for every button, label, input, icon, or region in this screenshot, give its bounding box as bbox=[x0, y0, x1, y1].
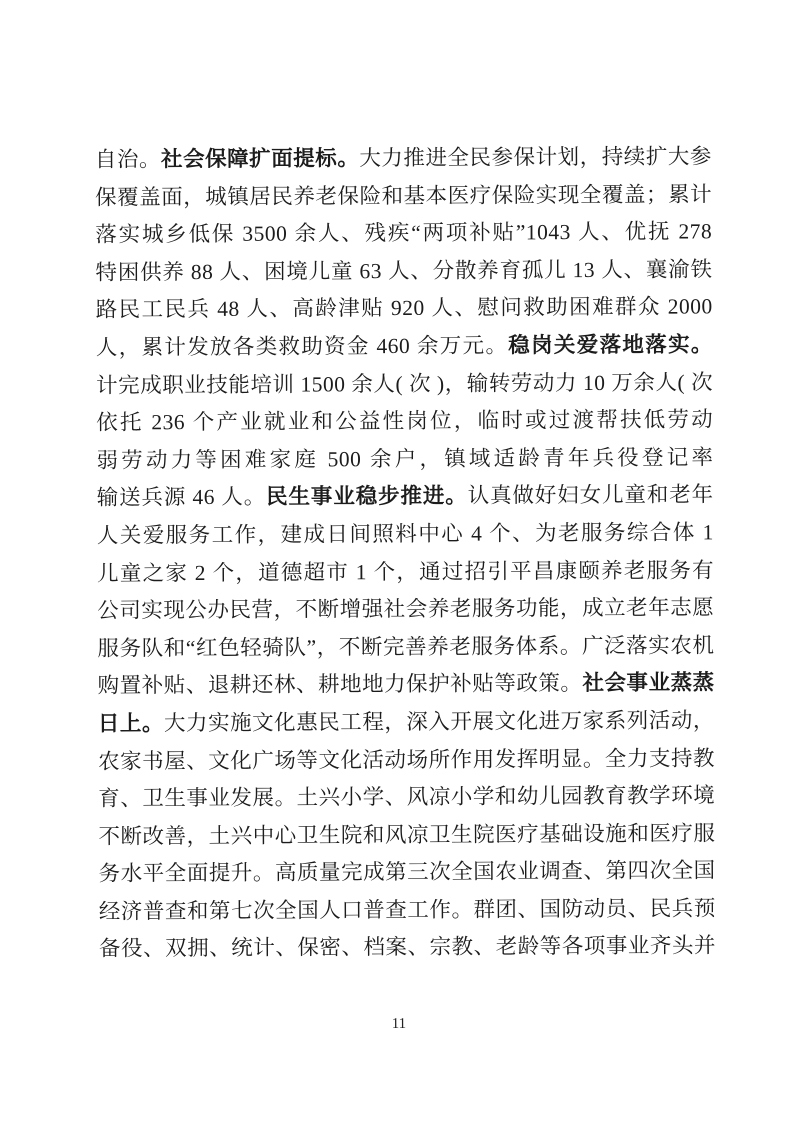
text-line: 务水平全面提升。高质量完成第三次全国农业调查、第四次全国 bbox=[99, 853, 716, 894]
text-line: 不断改善，土兴中心卫生院和风凉卫生院医疗基础设施和医疗服 bbox=[98, 815, 715, 856]
text-run: 人关爱服务工作，建成日间照料中心 4 个、为老服务综合体 1 个， bbox=[97, 520, 714, 555]
text-line: 自治。社会保障扩面提标。大力推进全民参保计划，持续扩大参 bbox=[95, 138, 712, 179]
text-line: 输送兵源 46 人。民生事业稳步推进。认真做好妇女儿童和老年 bbox=[97, 477, 714, 518]
text-run: 路民工民兵 48 人、高龄津贴 920 人、慰问救助困难群众 2000 余 bbox=[96, 295, 713, 330]
text-run: 购置补贴、退耕还林、耕地地力保护补贴等政策。 bbox=[98, 671, 583, 698]
paragraph-block: 自治。社会保障扩面提标。大力推进全民参保计划，持续扩大参保覆盖面，城镇居民养老保… bbox=[95, 138, 716, 968]
text-run: 不断改善，土兴中心卫生院和风凉卫生院医疗基础设施和医疗服 bbox=[98, 821, 715, 848]
text-line: 人关爱服务工作，建成日间照料中心 4 个、为老服务综合体 1 个， bbox=[97, 514, 714, 555]
text-run: 备役、双拥、统计、保密、档案、宗教、老龄等各项事业齐头并 bbox=[99, 934, 716, 961]
bold-run: 社会事业蒸蒸 bbox=[582, 671, 714, 696]
document-page: 自治。社会保障扩面提标。大力推进全民参保计划，持续扩大参保覆盖面，城镇居民养老保… bbox=[0, 0, 793, 1122]
bold-run: 日上。 bbox=[98, 711, 164, 735]
text-line: 计完成职业技能培训 1500 余人( 次 )，输转劳动力 10 万余人( 次 )… bbox=[96, 364, 713, 405]
page-number: 11 bbox=[2, 1012, 793, 1036]
scanned-content-layer: 自治。社会保障扩面提标。大力推进全民参保计划，持续扩大参保覆盖面，城镇居民养老保… bbox=[0, 0, 793, 1122]
text-run: 务水平全面提升。高质量完成第三次全国农业调查、第四次全国 bbox=[99, 859, 716, 886]
text-run: 经济普查和第七次全国人口普查工作。群团、国防动员、民兵预 bbox=[99, 896, 716, 923]
text-line: 特困供养 88 人、困境儿童 63 人、分散养育孤儿 13 人、襄渝铁 bbox=[95, 251, 712, 292]
text-run: 认真做好妇女儿童和老年 bbox=[468, 483, 714, 508]
text-run: 落实城乡低保 3500 余人、残疾“两项补贴”1043 人、优抚 278 人、 bbox=[95, 220, 712, 255]
text-run: 特困供养 88 人、困境儿童 63 人、分散养育孤儿 13 人、襄渝铁 bbox=[95, 257, 712, 284]
text-line: 公司实现公办民营，不断增强社会养老服务功能，成立老年志愿 bbox=[97, 589, 714, 630]
text-run: 农家书屋、文化广场等文化活动场所作用发挥明显。全力支持教 bbox=[98, 746, 715, 773]
bold-run: 社会保障扩面提标。 bbox=[161, 146, 359, 171]
text-line: 路民工民兵 48 人、高龄津贴 920 人、慰问救助困难群众 2000 余 bbox=[96, 289, 713, 330]
text-line: 农家书屋、文化广场等文化活动场所作用发挥明显。全力支持教 bbox=[98, 740, 715, 781]
text-line: 落实城乡低保 3500 余人、残疾“两项补贴”1043 人、优抚 278 人、 bbox=[95, 214, 712, 255]
text-run: 保覆盖面，城镇居民养老保险和基本医疗保险实现全覆盖；累计 bbox=[95, 182, 712, 209]
text-line: 备役、双拥、统计、保密、档案、宗教、老龄等各项事业齐头并 bbox=[99, 928, 716, 969]
text-line: 经济普查和第七次全国人口普查工作。群团、国防动员、民兵预 bbox=[99, 890, 716, 931]
text-run: 依托 236 个产业就业和公益性岗位，临时或过渡帮扶低劳动力、 bbox=[96, 407, 713, 442]
text-run: 自治。 bbox=[95, 147, 161, 171]
bold-run: 稳岗关爱落地落实。 bbox=[508, 332, 713, 357]
text-run: 育、卫生事业发展。土兴小学、风凉小学和幼儿园教育教学环境 bbox=[98, 783, 715, 810]
text-line: 儿童之家 2 个，道德超市 1 个，通过招引平昌康颐养老服务有限 bbox=[97, 552, 714, 593]
text-run: 弱劳动力等困难家庭 500 余户，镇域适龄青年兵役登记率 100%， bbox=[96, 445, 713, 480]
bold-run: 民生事业稳步推进。 bbox=[266, 484, 468, 509]
text-line: 弱劳动力等困难家庭 500 余户，镇域适龄青年兵役登记率 100%， bbox=[96, 439, 713, 480]
text-run: 服务队和“红色轻骑队”，不断完善养老服务体系。广泛落实农机 bbox=[97, 633, 714, 660]
text-run: 输送兵源 46 人。 bbox=[97, 485, 267, 510]
text-line: 服务队和“红色轻骑队”，不断完善养老服务体系。广泛落实农机 bbox=[97, 627, 714, 668]
text-run: 儿童之家 2 个，道德超市 1 个，通过招引平昌康颐养老服务有限 bbox=[97, 558, 714, 593]
text-run: 大力推进全民参保计划，持续扩大参 bbox=[359, 144, 712, 170]
text-line: 日上。大力实施文化惠民工程，深入开展文化进万家系列活动， bbox=[98, 702, 715, 743]
text-line: 依托 236 个产业就业和公益性岗位，临时或过渡帮扶低劳动力、 bbox=[96, 401, 713, 442]
text-run: 大力实施文化惠民工程，深入开展文化进万家系列活动， bbox=[164, 708, 715, 735]
text-line: 育、卫生事业发展。土兴小学、风凉小学和幼儿园教育教学环境 bbox=[98, 777, 715, 818]
text-run: 公司实现公办民营，不断增强社会养老服务功能，成立老年志愿 bbox=[97, 595, 714, 622]
text-line: 保覆盖面，城镇居民养老保险和基本医疗保险实现全覆盖；累计 bbox=[95, 176, 712, 217]
text-line: 人，累计发放各类救助资金 460 余万元。稳岗关爱落地落实。累 bbox=[96, 326, 713, 367]
text-run: 人，累计发放各类救助资金 460 余万元。 bbox=[96, 333, 508, 359]
text-line: 购置补贴、退耕还林、耕地地力保护补贴等政策。社会事业蒸蒸 bbox=[98, 665, 715, 706]
text-run: 计完成职业技能培训 1500 余人( 次 )，输转劳动力 10 万余人( 次 )… bbox=[96, 370, 713, 405]
